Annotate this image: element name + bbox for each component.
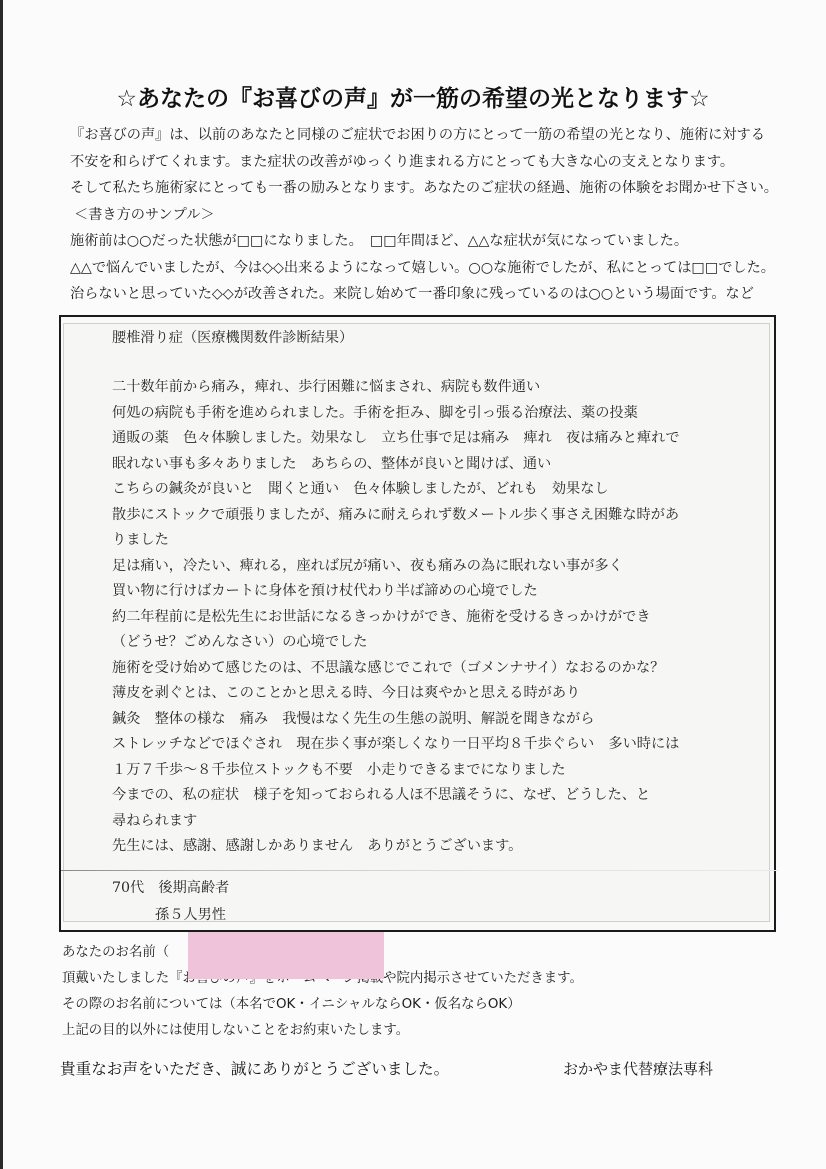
testimonial-line: 鍼灸 整体の様な 痛み 我慢はなく先生の生態の説明、解説を聞きながら bbox=[112, 707, 680, 733]
paper-fold-line bbox=[61, 870, 778, 871]
intro-line: 『お喜びの声』は、以前のあなたと同様のご症状でお困りの方にとって一筋の希望の光と… bbox=[70, 122, 790, 149]
testimonial-line: １万７千歩～８千歩位ストックも不要 小走りできるまでになりました bbox=[112, 758, 680, 784]
organization-name: おかやま代替療法専科 bbox=[563, 1058, 713, 1079]
testimonial-line: 今までの、私の症状 様子を知っておられる人ほ不思議そうに、なぜ、どうした、と bbox=[112, 783, 680, 809]
testimonial-line: りました bbox=[112, 528, 680, 554]
consent-line: その際のお名前については（本名でOK・イニシャルならOK・仮名ならOK） bbox=[62, 992, 583, 1018]
diagnosis-heading: 腰椎滑り症（医療機関数件診断結果） bbox=[112, 327, 353, 347]
testimonial-line: 足は痛い，冷たい、痺れる，座れば尻が痛い、夜も痛みの為に眠れない事が多く bbox=[112, 554, 680, 580]
testimonial-line: 施術を受け始めて感じたのは、不思議な感じでこれで（ゴメンナサイ）なおるのかな？ bbox=[112, 656, 680, 682]
sample-heading: ＜書き方のサンプル＞ bbox=[70, 202, 790, 229]
testimonial-line: 散歩にストックで頑張りましたが、痛みに耐えられず数メートル歩く事さえ困難な時があ bbox=[112, 503, 680, 529]
author-age: 70代 後期高齢者 bbox=[112, 877, 229, 897]
testimonial-box: 腰椎滑り症（医療機関数件診断結果） 二十数年前から痛み，痺れ、歩行困難に悩まされ… bbox=[59, 315, 776, 932]
intro-line: そして私たち施術家にとっても一番の励みとなります。あなたのご症状の経過、施術の体… bbox=[70, 175, 790, 202]
testimonial-line: 通販の薬 色々体験しました。効果なし 立ち仕事で足は痛み 痺れ 夜は痛みと痺れで bbox=[112, 426, 680, 452]
sample-line: 施術前は○○だった状態が□□になりました。 □□年間ほど、△△な症状が気になって… bbox=[70, 228, 790, 255]
page-title: ☆あなたの『お喜びの声』が一筋の希望の光となります☆ bbox=[0, 80, 826, 113]
testimonial-line: こちらの鍼灸が良いと 聞くと通い 色々体験しましたが、どれも 効果なし bbox=[112, 477, 680, 503]
testimonial-body: 二十数年前から痛み，痺れ、歩行困難に悩まされ、病院も数件通い 何処の病院も手術を… bbox=[112, 375, 680, 860]
author-family: 孫５人男性 bbox=[155, 904, 226, 924]
testimonial-line: 尋ねられます bbox=[112, 809, 680, 835]
testimonial-line: 二十数年前から痛み，痺れ、歩行困難に悩まされ、病院も数件通い bbox=[112, 375, 680, 401]
closing-thanks: 貴重なお声をいただき、誠にありがとうございました。 bbox=[60, 1057, 449, 1079]
testimonial-line: 薄皮を剥ぐとは、このことかと思える時、今日は爽やかと思える時があり bbox=[112, 681, 680, 707]
sample-line: 治らないと思っていた◇◇が改善された。来院し始めて一番印象に残っているのは○○と… bbox=[70, 281, 790, 308]
intro-line: 不安を和らげてくれます。また症状の改善がゆっくり進まれる方にとっても大きな心の支… bbox=[70, 149, 790, 176]
testimonial-line: 眠れない事も多々ありました あちらの、整体が良いと聞けば、通い bbox=[112, 452, 680, 478]
intro-section: 『お喜びの声』は、以前のあなたと同様のご症状でお困りの方にとって一筋の希望の光と… bbox=[70, 122, 790, 308]
name-redaction-sticker bbox=[188, 932, 384, 979]
sample-line: △△で悩んでいましたが、今は◇◇出来るようになって嬉しい。○○な施術でしたが、私… bbox=[70, 255, 790, 282]
testimonial-line: 約二年程前に是松先生にお世話になるきっかけができ、施術を受けるきっかけができ bbox=[112, 605, 680, 631]
testimonial-line: 買い物に行けばカートに身体を預け杖代わり半ば諦めの心境でした bbox=[112, 579, 680, 605]
testimonial-line: ストレッチなどでほぐされ 現在歩く事が楽しくなり一日平均８千歩ぐらい 多い時には bbox=[112, 732, 680, 758]
consent-line: 上記の目的以外には使用しないことをお約束いたします。 bbox=[62, 1018, 583, 1044]
testimonial-line: （どうせ？ごめんなさい）の心境でした bbox=[112, 630, 680, 656]
testimonial-line: 何処の病院も手術を進められました。手術を拒み、脚を引っ張る治療法、薬の投薬 bbox=[112, 401, 680, 427]
scan-page-edge bbox=[0, 0, 3, 1169]
testimonial-line: 先生には、感謝、感謝しかありません ありがとうございます。 bbox=[112, 834, 680, 860]
